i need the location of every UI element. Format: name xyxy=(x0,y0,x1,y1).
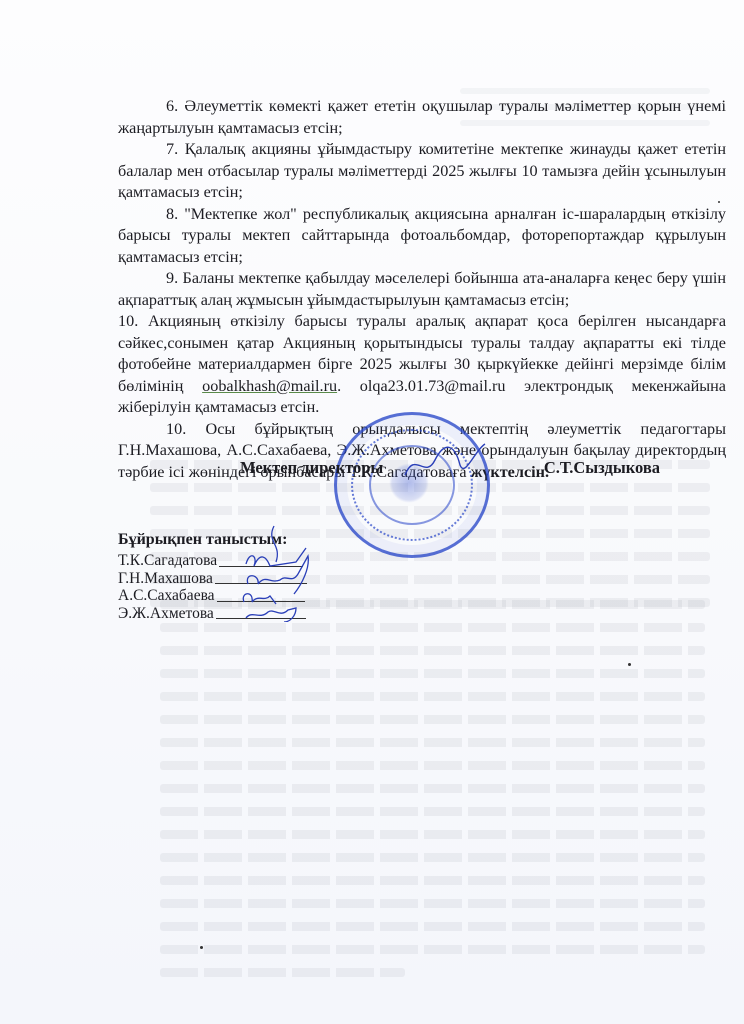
handwritten-signatures-icon xyxy=(236,522,316,622)
director-title: Мектеп директоры xyxy=(240,458,383,478)
paragraph-10-report: 10. Акцияның өткізілу барысы туралы арал… xyxy=(118,311,726,419)
paragraph-7: 7. Қалалық акцияны ұйымдастыру комитетін… xyxy=(118,139,726,204)
email-link-oobalkhash[interactable]: oobalkhash@mail.ru xyxy=(202,377,337,395)
scan-speck xyxy=(200,946,203,949)
scan-speck xyxy=(718,201,720,203)
paragraph-9: 9. Баланы мектепке қабылдау мәселелері б… xyxy=(118,268,726,311)
acknowledger-name: Э.Ж.Ахметова xyxy=(118,605,214,623)
bleed-through-text-lower xyxy=(160,600,705,991)
director-signature-icon xyxy=(400,440,490,490)
director-name: С.Т.Сыздыкова xyxy=(544,458,660,478)
scanned-document-page: 6. Әлеуметтік көмекті қажет ететін оқушы… xyxy=(0,0,744,1024)
paragraph-8: 8. "Мектепке жол" республикалық акциясын… xyxy=(118,204,726,269)
scan-speck xyxy=(628,663,631,666)
paragraph-6: 6. Әлеуметтік көмекті қажет ететін оқушы… xyxy=(118,96,726,139)
acknowledger-name: Т.К.Сагадатова xyxy=(118,552,217,570)
acknowledger-name: Г.Н.Махашова xyxy=(118,570,213,588)
acknowledger-name: А.С.Сахабаева xyxy=(118,587,215,605)
